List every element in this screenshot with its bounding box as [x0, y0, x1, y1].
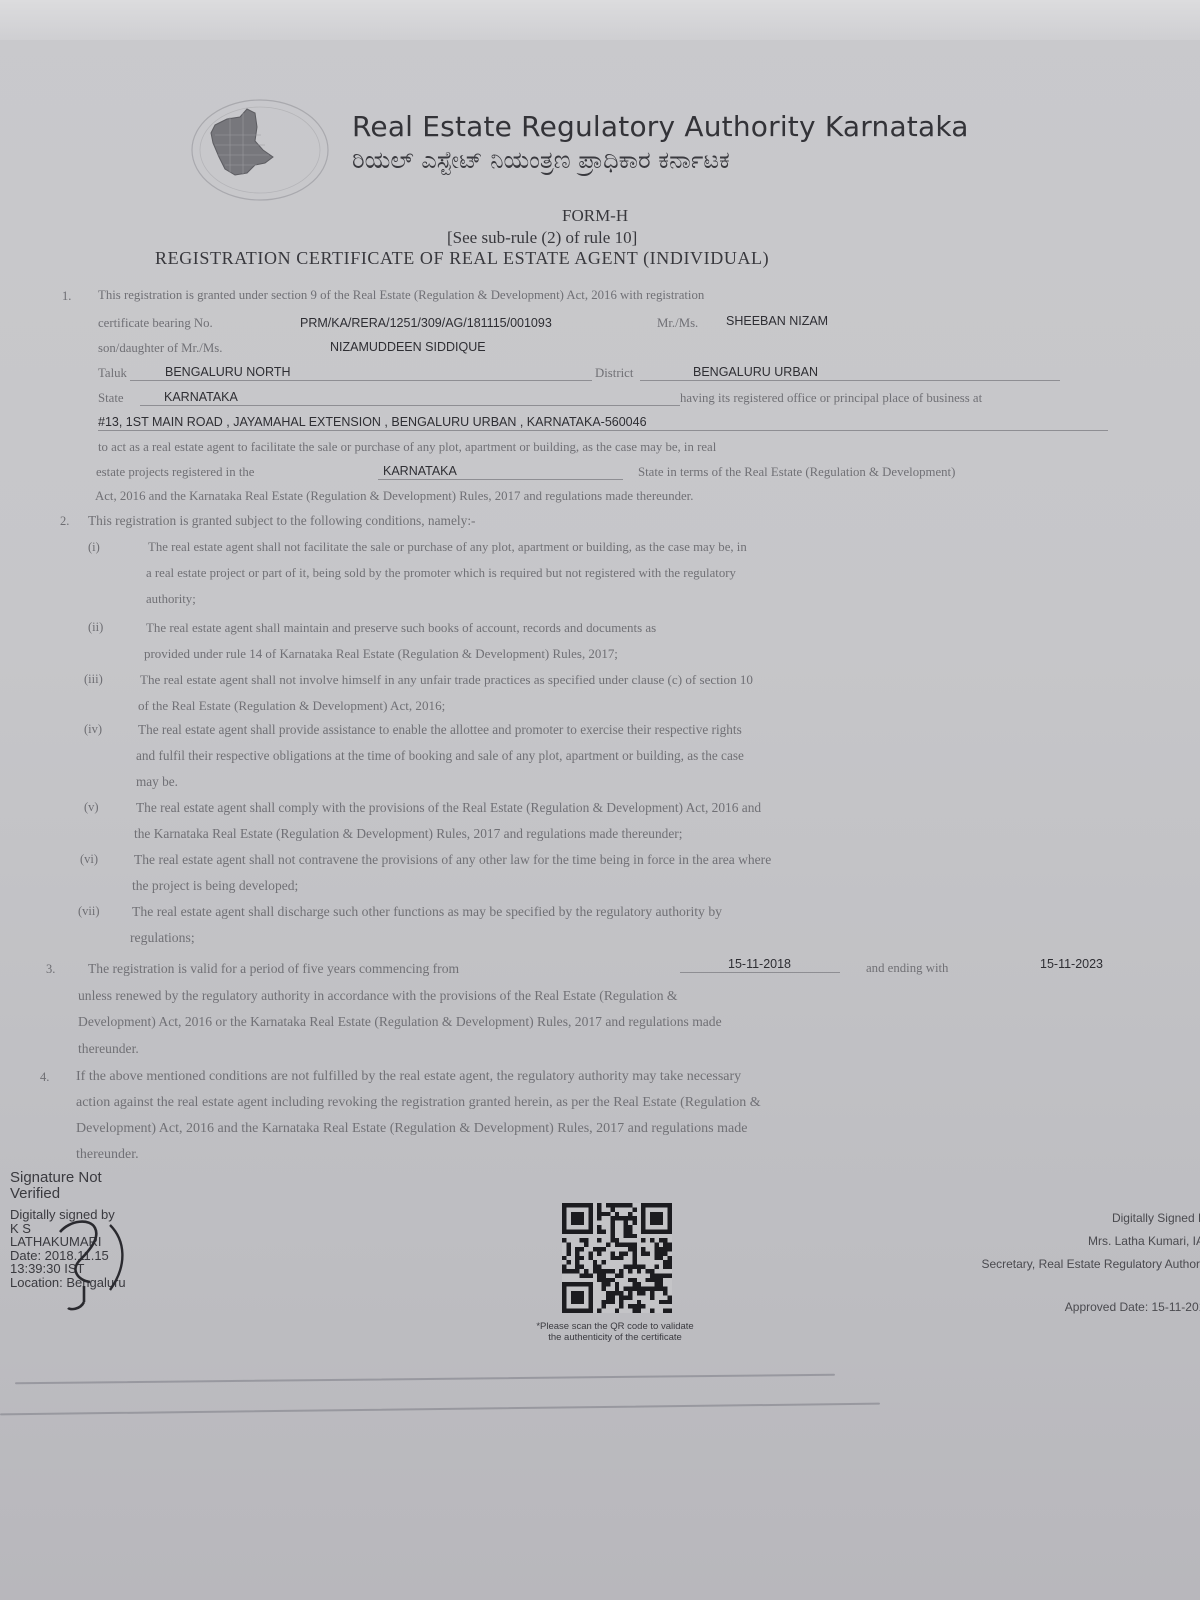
- qr-caption-line-2: the authenticity of the certificate: [500, 1333, 730, 1344]
- paper-crease-line: [15, 1374, 835, 1385]
- condition-label: (vi): [80, 852, 98, 867]
- approval-block: Digitally Signed By Mrs. Latha Kumari, I…: [981, 1207, 1200, 1319]
- condition-text-line: of the Real Estate (Regulation & Develop…: [138, 698, 445, 714]
- section-1-act-line-1: to act as a real estate agent to facilit…: [98, 440, 716, 455]
- condition-text-line: a real estate project or part of it, bei…: [146, 566, 736, 581]
- sub-rule-reference: [See sub-rule (2) of rule 10]: [447, 228, 637, 248]
- condition-text-line: the Karnataka Real Estate (Regulation & …: [134, 826, 682, 842]
- project-state-underline: [378, 479, 623, 480]
- section-4-line-1: If the above mentioned conditions are no…: [76, 1069, 741, 1085]
- condition-label: (iv): [84, 722, 102, 737]
- section-4-number: 4.: [40, 1070, 49, 1085]
- digitally-signed-label: Digitally Signed By: [981, 1207, 1200, 1230]
- office-text: having its registered office or principa…: [680, 391, 982, 406]
- section-3-mid: and ending with: [866, 961, 948, 976]
- cert-no-label: certificate bearing No.: [98, 316, 213, 331]
- section-3-number: 3.: [46, 962, 55, 977]
- taluk-underline: [130, 380, 592, 381]
- approved-date: Approved Date: 15-11-2018: [981, 1296, 1200, 1319]
- section-3-line-2: unless renewed by the regulatory authori…: [78, 988, 677, 1004]
- condition-text-line: The real estate agent shall not contrave…: [134, 852, 771, 868]
- certificate-number: PRM/KA/RERA/1251/309/AG/181115/001093: [300, 316, 552, 330]
- section-3-line-4: thereunder.: [78, 1041, 139, 1057]
- condition-text-line: may be.: [136, 774, 178, 790]
- condition-text-line: The real estate agent shall not facilita…: [148, 540, 747, 555]
- certificate-title: REGISTRATION CERTIFICATE OF REAL ESTATE …: [155, 248, 769, 269]
- section-4-line-4: thereunder.: [76, 1147, 139, 1163]
- condition-text-line: The real estate agent shall maintain and…: [146, 620, 656, 636]
- section-3-line-3: Development) Act, 2016 or the Karnataka …: [78, 1014, 722, 1030]
- section-1-line-1: This registration is granted under secti…: [98, 288, 704, 303]
- authority-title-english: Real Estate Regulatory Authority Karnata…: [352, 110, 969, 143]
- approving-officer: Mrs. Latha Kumari, IAS: [981, 1230, 1200, 1253]
- office-address: #13, 1ST MAIN ROAD , JAYAMAHAL EXTENSION…: [98, 415, 647, 429]
- state-value: KARNATAKA: [164, 390, 238, 404]
- signature-status-line-2: Verified: [10, 1186, 126, 1202]
- district-value: BENGALURU URBAN: [693, 365, 818, 379]
- paper-crease-line: [0, 1403, 880, 1416]
- valid-from-date: 15-11-2018: [728, 957, 791, 971]
- signature-verification-mark-icon: [40, 1210, 140, 1320]
- state-label: State: [98, 391, 124, 406]
- condition-text-line: and fulfil their respective obligations …: [136, 748, 744, 764]
- district-label: District: [595, 366, 633, 381]
- parent-label: son/daughter of Mr./Ms.: [98, 341, 222, 356]
- section-1-act-line-2-pre: estate projects registered in the: [96, 465, 254, 480]
- condition-label: (v): [84, 800, 99, 815]
- district-underline: [640, 380, 1060, 381]
- section-2-intro: This registration is granted subject to …: [88, 513, 476, 529]
- qr-code-icon[interactable]: [562, 1201, 672, 1315]
- section-4-line-2: action against the real estate agent inc…: [76, 1095, 761, 1111]
- certificate-document: Real Estate Regulatory Authority Karnata…: [0, 0, 1200, 1600]
- condition-label: (i): [88, 540, 100, 555]
- taluk-value: BENGALURU NORTH: [165, 365, 290, 379]
- qr-caption-line-1: *Please scan the QR code to validate: [500, 1322, 730, 1333]
- valid-to-date: 15-11-2023: [1040, 957, 1103, 971]
- parent-name: NIZAMUDDEEN SIDDIQUE: [330, 340, 486, 354]
- section-3-pre: The registration is valid for a period o…: [88, 961, 459, 977]
- condition-text-line: The real estate agent shall provide assi…: [138, 722, 742, 738]
- section-1-number: 1.: [62, 289, 71, 304]
- officer-designation: Secretary, Real Estate Regulatory Author…: [981, 1253, 1200, 1276]
- authority-title-kannada: ರಿಯಲ್ ಎಸ್ಟೇಟ್ ನಿಯಂತ್ರಣ ಪ್ರಾಧಿಕಾರ ಕರ್ನಾಟಕ: [352, 146, 730, 174]
- condition-text-line: The real estate agent shall discharge su…: [132, 904, 722, 920]
- condition-text-line: The real estate agent shall comply with …: [136, 800, 761, 816]
- condition-label: (vii): [78, 904, 100, 919]
- section-1-act-line-2-post: State in terms of the Real Estate (Regul…: [638, 465, 955, 480]
- condition-label: (ii): [88, 620, 103, 635]
- address-underline: [98, 430, 1108, 431]
- condition-text-line: provided under rule 14 of Karnataka Real…: [144, 646, 618, 662]
- condition-text-line: The real estate agent shall not involve …: [140, 672, 753, 688]
- section-2-number: 2.: [60, 514, 69, 529]
- signature-status-line-1: Signature Not: [10, 1170, 126, 1186]
- project-state: KARNATAKA: [383, 464, 457, 478]
- section-1-act-line-3: Act, 2016 and the Karnataka Real Estate …: [95, 489, 693, 504]
- qr-caption: *Please scan the QR code to validate the…: [500, 1322, 730, 1343]
- karnataka-map-seal-icon: [185, 95, 335, 205]
- condition-label: (iii): [84, 672, 103, 687]
- taluk-label: Taluk: [98, 366, 127, 381]
- condition-text-line: the project is being developed;: [132, 878, 298, 894]
- agent-name-label: Mr./Ms.: [657, 316, 698, 331]
- valid-from-underline: [680, 972, 840, 973]
- agent-name: SHEEBAN NIZAM: [726, 314, 828, 328]
- section-4-line-3: Development) Act, 2016 and the Karnataka…: [76, 1121, 747, 1137]
- state-underline: [140, 405, 680, 406]
- condition-text-line: regulations;: [130, 930, 195, 946]
- form-name: FORM-H: [562, 206, 628, 226]
- condition-text-line: authority;: [146, 592, 196, 607]
